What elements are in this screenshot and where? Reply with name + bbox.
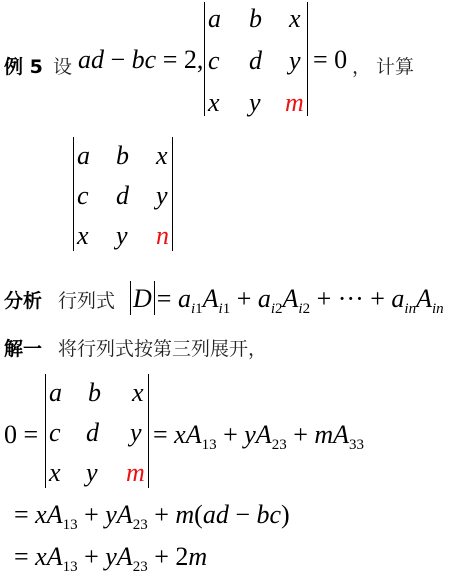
expansion-rhs: = xA13 + yA23 + mA33	[153, 420, 364, 450]
given-word: 设	[53, 52, 72, 79]
solution-label: 解一	[4, 334, 42, 361]
det3-cell: y	[130, 420, 142, 446]
analysis-label: 分析	[4, 286, 42, 313]
determinant-1: a b x c d y x y m	[204, 2, 308, 116]
equals-zero: = 0	[313, 45, 347, 75]
example-label: 例 5	[4, 52, 43, 79]
det2-cell: y	[156, 183, 168, 209]
det2-cell: y	[116, 223, 128, 249]
det2-cell: b	[116, 143, 129, 169]
analysis-formula: D= ai1Ai1 + ai2Ai2 + ··· + ainAin	[128, 281, 444, 315]
determinant-3: a b x c d y x y m	[45, 374, 149, 488]
det2-cell: c	[77, 183, 89, 209]
det3-cell: y	[86, 460, 98, 486]
det2-highlight-cell: n	[156, 223, 169, 249]
det1-cell: x	[208, 90, 220, 116]
step-1: = xA13 + yA23 + m(ad − bc)	[14, 500, 290, 530]
det1-cell: a	[208, 6, 221, 32]
det3-cell: a	[49, 380, 62, 406]
det3-cell: x	[49, 460, 61, 486]
det1-cell: y	[249, 90, 261, 116]
det1-cell: b	[249, 6, 262, 32]
solution-text: 将行列式按第三列展开，	[58, 334, 267, 361]
det3-cell: b	[88, 380, 101, 406]
det1-cell: y	[289, 48, 301, 74]
det2-cell: a	[77, 143, 90, 169]
det2-cell: x	[77, 223, 89, 249]
condition-formula: ad − bc = 2,	[78, 45, 203, 75]
det1-highlight-cell: m	[285, 90, 304, 116]
det3-cell: x	[132, 380, 144, 406]
comma: ，	[352, 52, 371, 79]
step-2: = xA13 + yA23 + 2m	[14, 542, 207, 572]
det1-cell: d	[249, 48, 262, 74]
compute-word: 计算	[376, 52, 414, 79]
det1-cell: c	[208, 48, 220, 74]
det2-cell: x	[156, 143, 168, 169]
det1-cell: x	[289, 6, 301, 32]
zero-equals: 0 =	[4, 420, 38, 450]
det3-cell: c	[49, 420, 61, 446]
det3-highlight-cell: m	[126, 460, 145, 486]
det3-cell: d	[86, 420, 99, 446]
det2-cell: d	[116, 183, 129, 209]
determinant-2: a b x c d y x y n	[73, 137, 173, 251]
analysis-text: 行列式	[58, 286, 115, 313]
